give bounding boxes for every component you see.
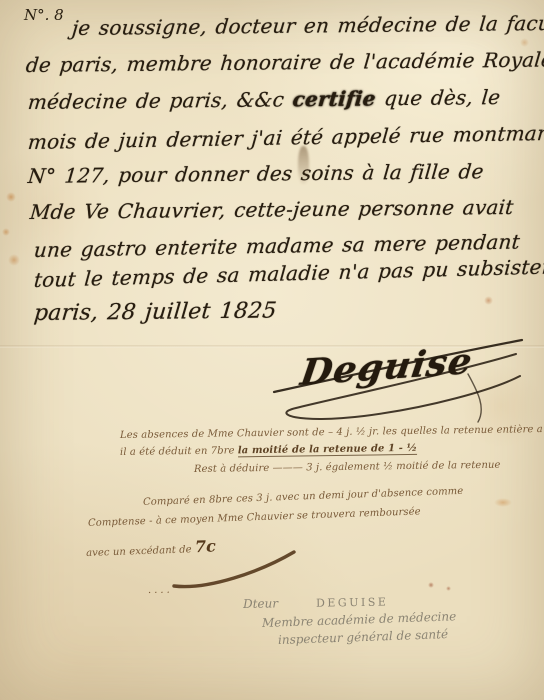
foxing-spot <box>428 582 434 588</box>
foxing-spot <box>446 586 451 591</box>
calc-note-line-2-underlined: la moitié de la retenue de 1 - ½ <box>238 443 417 458</box>
body-line-1: je soussigne, docteur en médecine de la … <box>71 11 544 40</box>
pencil-note-line-3: inspecteur général de santé <box>278 627 449 647</box>
body-line-4: mois de juin dernier j'ai été appelé rue… <box>27 120 544 154</box>
body-line-3: médecine de paris, &&c certifie que dès,… <box>27 85 502 114</box>
date-line: paris, 28 juillet 1825 <box>33 298 278 326</box>
calc-note-rest-label: Rest à déduire <box>194 463 270 475</box>
excedant-flourish <box>168 548 300 590</box>
calc-note-line-2: il a été déduit en 7bre la moitié de la … <box>120 443 417 458</box>
foxing-spot <box>8 254 20 266</box>
signature-block: Deguise <box>268 330 530 432</box>
trailing-dots: .... <box>148 585 173 596</box>
calc-note-line-4: Comparé en 8bre ces 3 j. avec un demi jo… <box>143 486 464 508</box>
foxing-spot <box>484 296 493 305</box>
folio-number: N°. 8 <box>24 6 64 24</box>
foxing-spot <box>2 228 10 236</box>
body-line-6: Mde Ve Chauvrier, cette-jeune personne a… <box>29 195 515 224</box>
foxing-spot <box>520 38 529 47</box>
calc-note-line-5: Comptense - à ce moyen Mme Chauvier se t… <box>88 506 421 529</box>
body-line-3-post: que dès, le <box>375 85 502 110</box>
calc-note-line-1: Les absences de Mme Chauvier sont de – 4… <box>120 424 544 441</box>
body-line-2: de paris, membre honoraire de l'académie… <box>25 47 544 77</box>
calc-note-dash: ——— <box>273 462 303 473</box>
foxing-spot <box>6 192 16 202</box>
body-line-3-pre: médecine de paris, &&c <box>27 87 294 114</box>
calc-note-line-2-pre: il a été déduit en 7bre <box>120 445 238 458</box>
foxing-spot <box>494 498 512 507</box>
calc-note-line-3: Rest à déduire ——— 3 j. également ½ moit… <box>194 460 501 475</box>
pencil-note-title: DteurDEGUISE <box>243 594 389 611</box>
body-line-3-certifie: certifie <box>292 86 377 111</box>
pencil-doctor-label: Dteur <box>243 596 278 611</box>
calc-note-rest-value: 3 j. également ½ moitié de la retenue <box>306 460 500 474</box>
body-line-5: N° 127, pour donner des soins à la fille… <box>27 159 485 188</box>
pencil-deguise-name: DEGUISE <box>316 595 389 609</box>
manuscript-page: N°. 8 je soussigne, docteur en médecine … <box>0 0 544 700</box>
